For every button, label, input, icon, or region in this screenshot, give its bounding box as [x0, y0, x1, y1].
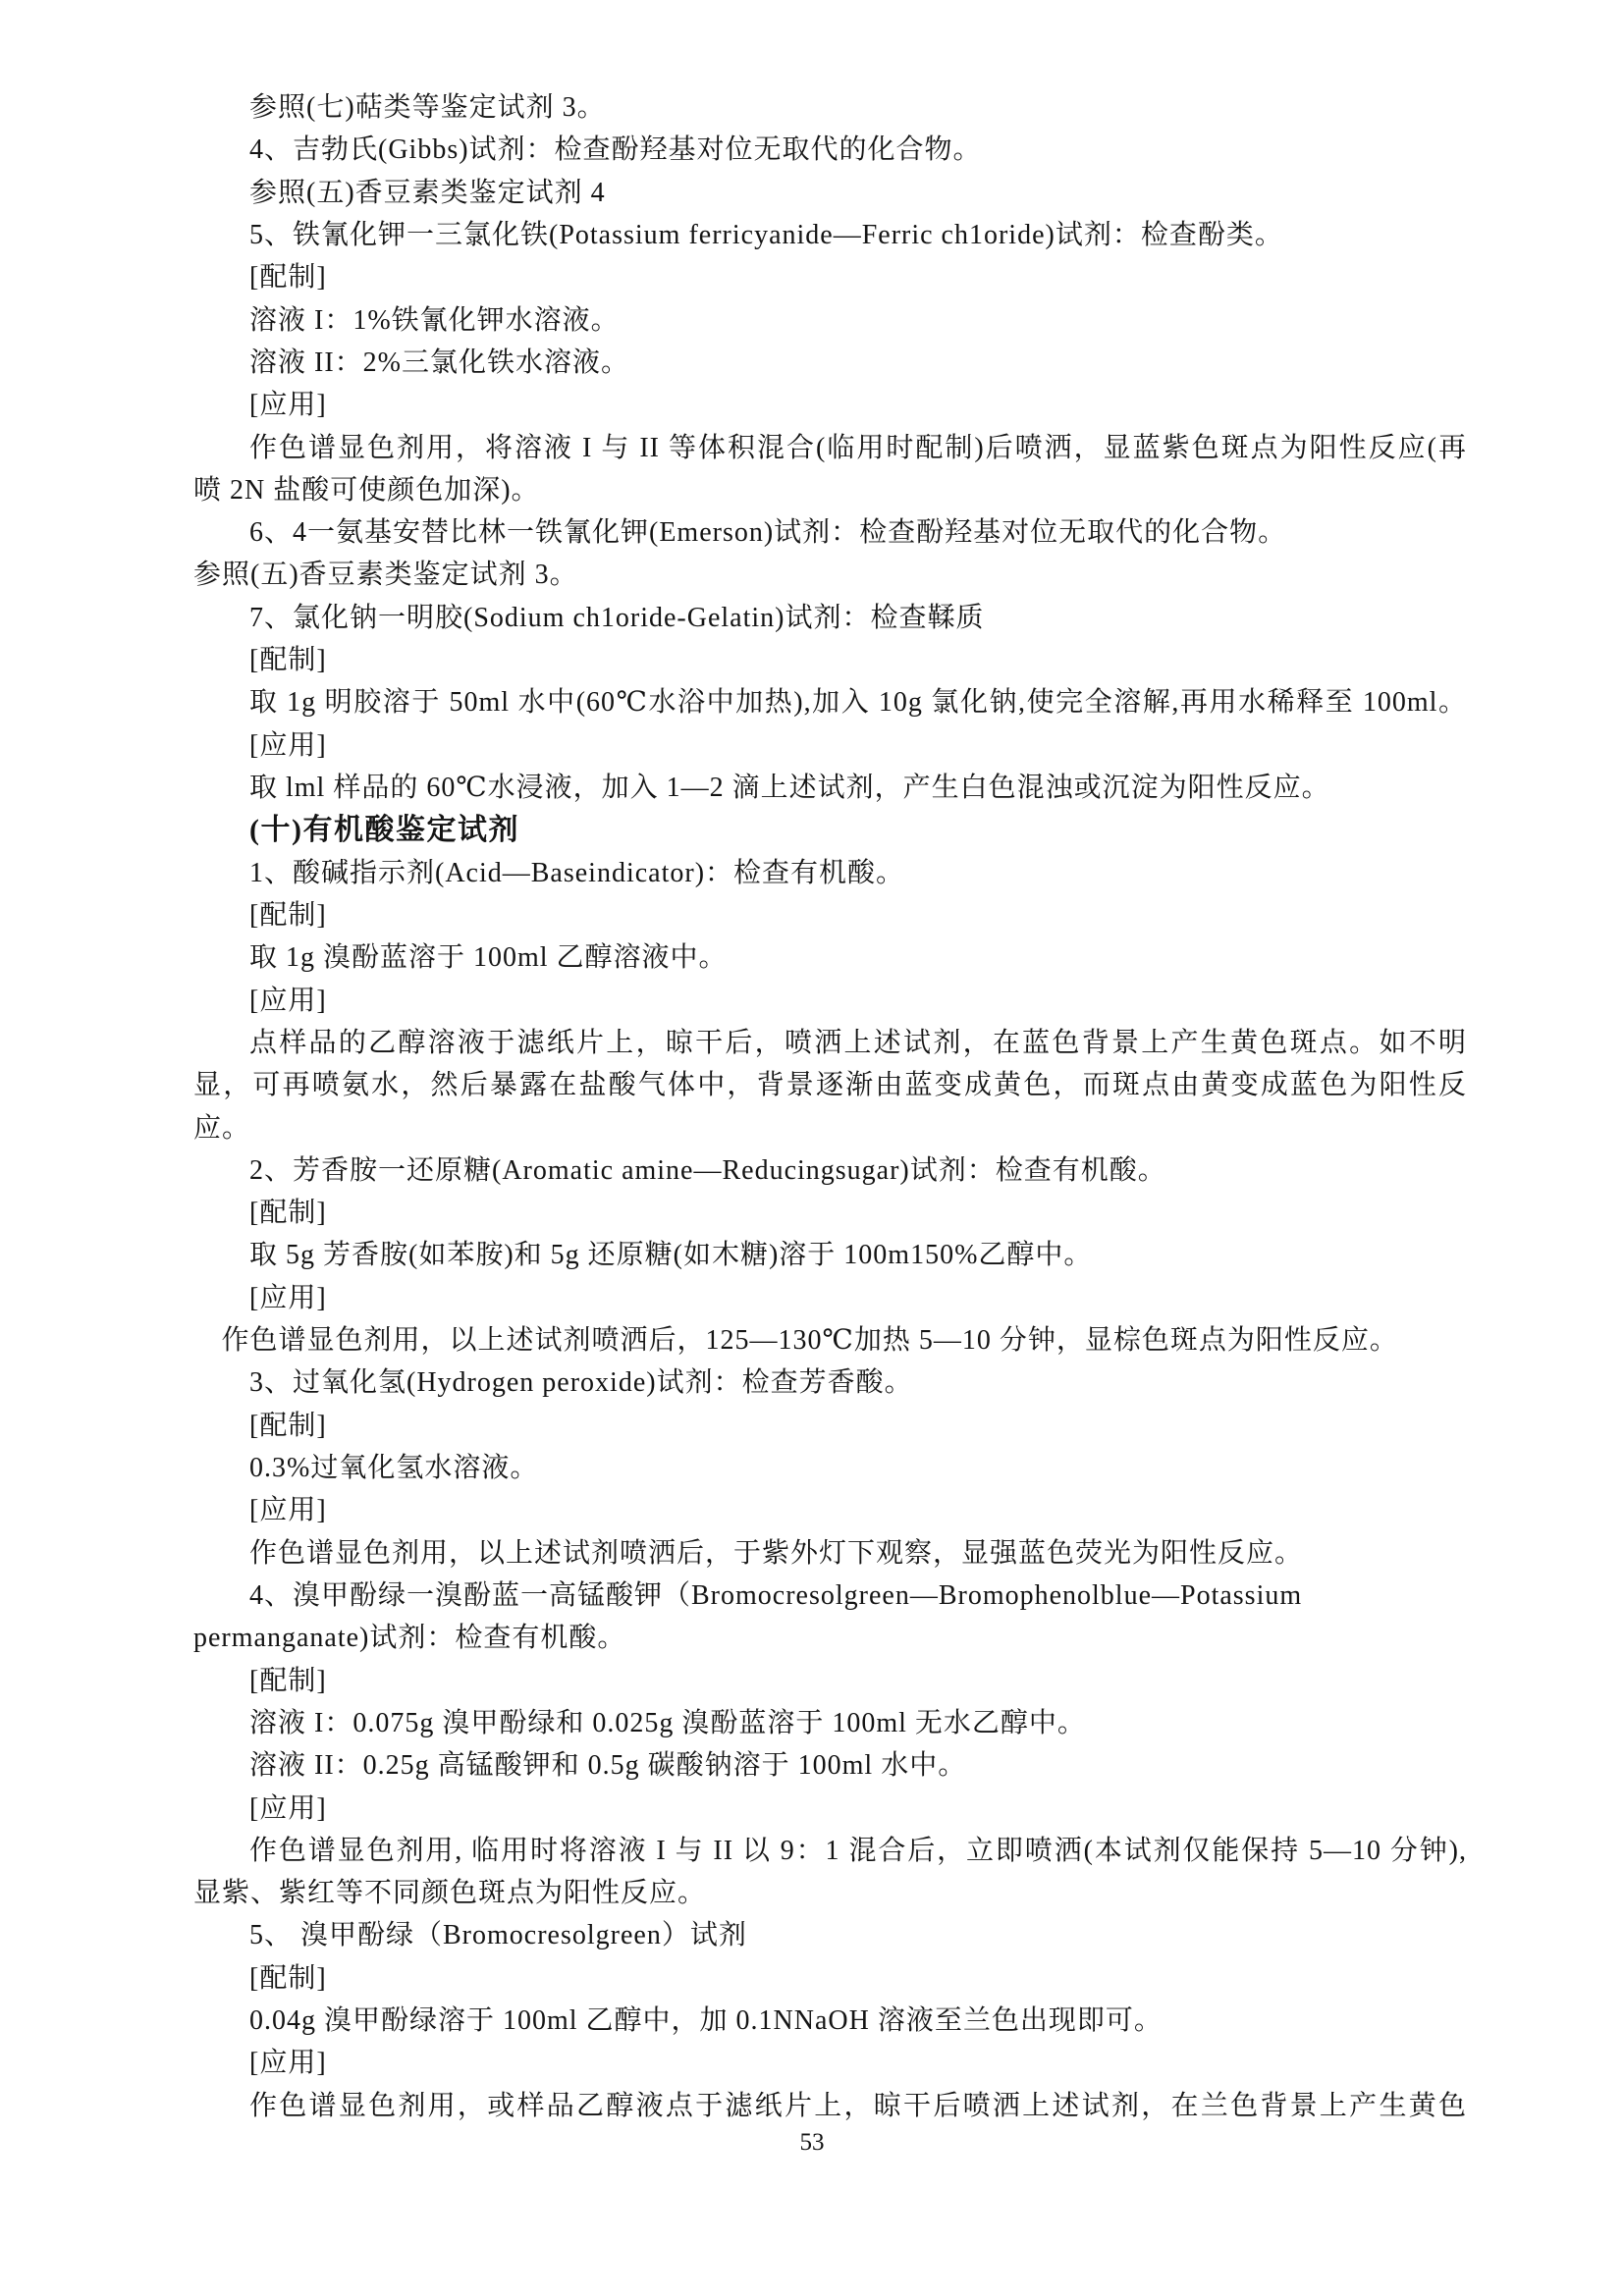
document-line: 应。 — [193, 1107, 1467, 1149]
document-line: 0.04g 溴甲酚绿溶于 100ml 乙醇中，加 0.1NNaOH 溶液至兰色出… — [193, 2000, 1467, 2042]
document-line: 溶液 II：2%三氯化铁水溶液。 — [193, 342, 1467, 384]
document-line: 显紫、紫红等不同颜色斑点为阳性反应。 — [193, 1872, 1467, 1914]
document-line: [配制] — [193, 639, 1467, 681]
document-line: 2、芳香胺一还原糖(Aromatic amine—Reducingsugar)试… — [193, 1149, 1467, 1192]
document-line: 5、铁氰化钾一三氯化铁(Potassium ferricyanide—Ferri… — [193, 214, 1467, 256]
document-line: 作色谱显色剂用，或样品乙醇液点于滤纸片上，晾干后喷洒上述试剂，在兰色背景上产生黄… — [193, 2085, 1467, 2127]
document-line: 4、溴甲酚绿一溴酚蓝一高锰酸钾（Bromocresolgreen—Bromoph… — [193, 1575, 1467, 1617]
document-line: 作色谱显色剂用, 临用时将溶液 I 与 II 以 9：1 混合后，立即喷洒(本试… — [193, 1830, 1467, 1872]
document-line: [应用] — [193, 1489, 1467, 1531]
document-line: 作色谱显色剂用，将溶液 I 与 II 等体积混合(临用时配制)后喷洒，显蓝紫色斑… — [193, 427, 1467, 469]
document-line: 7、氯化钠一明胶(Sodium ch1oride-Gelatin)试剂：检查鞣质 — [193, 597, 1467, 639]
document-line: [配制] — [193, 256, 1467, 298]
document-line: 溶液 II：0.25g 高锰酸钾和 0.5g 碳酸钠溶于 100ml 水中。 — [193, 1744, 1467, 1787]
document-line: 取 lml 样品的 60℃水浸液，加入 1—2 滴上述试剂，产生白色混浊或沉淀为… — [193, 767, 1467, 809]
document-line: permanganate)试剂：检查有机酸。 — [193, 1617, 1467, 1659]
document-line: 取 1g 明胶溶于 50ml 水中(60℃水浴中加热),加入 10g 氯化钠,使… — [193, 681, 1467, 723]
document-line: 溶液 I：0.075g 溴甲酚绿和 0.025g 溴酚蓝溶于 100ml 无水乙… — [193, 1702, 1467, 1744]
document-line: 参照(五)香豆素类鉴定试剂 4 — [193, 172, 1467, 214]
document-line: 参照(五)香豆素类鉴定试剂 3。 — [193, 554, 1467, 596]
document-line: [应用] — [193, 724, 1467, 767]
document-line: 4、吉勃氏(Gibbs)试剂：检查酚羟基对位无取代的化合物。 — [193, 129, 1467, 171]
document-line: [配制] — [193, 1405, 1467, 1447]
document-line: 0.3%过氧化氢水溶液。 — [193, 1447, 1467, 1489]
document-line: [应用] — [193, 1788, 1467, 1830]
document-line: 点样品的乙醇溶液于滤纸片上，晾干后，喷洒上述试剂，在蓝色背景上产生黄色斑点。如不… — [193, 1022, 1467, 1064]
document-line: 1、酸碱指示剂(Acid—Baseindicator)：检查有机酸。 — [193, 852, 1467, 894]
document-line: 6、4一氨基安替比林一铁氰化钾(Emerson)试剂：检查酚羟基对位无取代的化合… — [193, 511, 1467, 554]
document-line: 5、 溴甲酚绿（Bromocresolgreen）试剂 — [193, 1914, 1467, 1956]
document-line: [应用] — [193, 384, 1467, 426]
document-line: 取 1g 溴酚蓝溶于 100ml 乙醇溶液中。 — [193, 936, 1467, 979]
document-line: 作色谱显色剂用，以上述试剂喷洒后，125—130℃加热 5—10 分钟，显棕色斑… — [193, 1319, 1467, 1362]
document-line: 取 5g 芳香胺(如苯胺)和 5g 还原糖(如木糖)溶于 100m150%乙醇中… — [193, 1234, 1467, 1276]
document-line: 3、过氧化氢(Hydrogen peroxide)试剂：检查芳香酸。 — [193, 1362, 1467, 1404]
document-line: [配制] — [193, 1660, 1467, 1702]
document-line: 参照(七)萜类等鉴定试剂 3。 — [193, 86, 1467, 129]
page-number: 53 — [0, 2125, 1624, 2161]
section-heading: (十)有机酸鉴定试剂 — [193, 809, 1467, 851]
document-line: [应用] — [193, 1277, 1467, 1319]
document-line: 喷 2N 盐酸可使颜色加深)。 — [193, 469, 1467, 511]
document-line: [配制] — [193, 1192, 1467, 1234]
document-line: 显，可再喷氨水，然后暴露在盐酸气体中，背景逐渐由蓝变成黄色，而斑点由黄变成蓝色为… — [193, 1064, 1467, 1106]
document-line: 溶液 I：1%铁氰化钾水溶液。 — [193, 299, 1467, 342]
document-line: [应用] — [193, 980, 1467, 1022]
text-column: 参照(七)萜类等鉴定试剂 3。4、吉勃氏(Gibbs)试剂：检查酚羟基对位无取代… — [193, 86, 1467, 2127]
document-line: [配制] — [193, 1957, 1467, 2000]
document-line: [配制] — [193, 894, 1467, 936]
document-line: [应用] — [193, 2042, 1467, 2084]
document-line: 作色谱显色剂用，以上述试剂喷洒后，于紫外灯下观察，显强蓝色荧光为阳性反应。 — [193, 1532, 1467, 1575]
document-page: 参照(七)萜类等鉴定试剂 3。4、吉勃氏(Gibbs)试剂：检查酚羟基对位无取代… — [0, 0, 1624, 2296]
